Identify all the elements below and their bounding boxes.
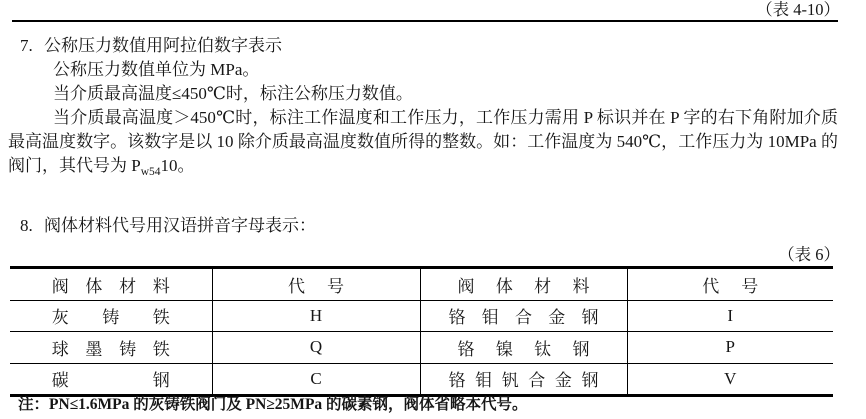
cell-material-right: 铬钼合金钢 — [420, 300, 627, 332]
table-row: 灰铸铁 H 铬钼合金钢 I — [10, 300, 833, 332]
section-7-line-unit: 公称压力数值单位为 MPa。 — [8, 58, 838, 82]
section-8-heading: 8.阀体材料代号用汉语拼音字母表示： — [8, 214, 838, 238]
section-8-title: 阀体材料代号用汉语拼音字母表示： — [44, 216, 316, 235]
table-ref-4-10: （表 4-10） — [756, 1, 840, 19]
header-material-left: 阀体材料 — [10, 268, 212, 301]
section-8-number: 8. — [20, 214, 38, 238]
paragraph-text-after-subscript: 10。 — [161, 156, 195, 175]
paragraph-text-before-subscript: 当介质最高温度＞450℃时，标注工作温度和工作压力，工作压力需用 P 标识并在 … — [8, 108, 838, 175]
cell-code-right: V — [627, 363, 833, 396]
header-code-left: 代号 — [212, 268, 420, 301]
cell-material-left: 灰铸铁 — [10, 300, 212, 332]
cell-code-left: Q — [212, 332, 420, 364]
cell-material-right: 铬镍钛钢 — [420, 332, 627, 364]
section-7-number: 7. — [20, 34, 38, 58]
cell-code-left: C — [212, 363, 420, 396]
section-8: 8.阀体材料代号用汉语拼音字母表示： — [8, 214, 838, 238]
valve-material-code-table: 阀体材料 代号 阀体材料 代号 灰铸铁 H 铬钼合金钢 I 球墨铸铁 Q 铬镍钛… — [10, 266, 833, 397]
section-7-title: 公称压力数值用阿拉伯数字表示 — [44, 36, 282, 55]
cell-material-left: 碳钢 — [10, 363, 212, 396]
table-footnote: 注：PN≤1.6MPa 的灰铸铁阀门及 PN≥25MPa 的碳素钢，阀体省略本代… — [18, 395, 848, 415]
pressure-code-subscript: w54 — [141, 166, 161, 178]
cell-material-right: 铬钼钒合金钢 — [420, 363, 627, 396]
section-7: 7.公称压力数值用阿拉伯数字表示 公称压力数值单位为 MPa。 当介质最高温度≤… — [8, 34, 838, 184]
document-page: （表 4-10） 7.公称压力数值用阿拉伯数字表示 公称压力数值单位为 MPa。… — [0, 0, 866, 419]
section-7-paragraph-over-450: 当介质最高温度＞450℃时，标注工作温度和工作压力，工作压力需用 P 标识并在 … — [8, 106, 838, 184]
cell-code-right: P — [627, 332, 833, 364]
section-7-heading: 7.公称压力数值用阿拉伯数字表示 — [8, 34, 838, 58]
section-7-line-under-450: 当介质最高温度≤450℃时，标注公称压力数值。 — [8, 82, 838, 106]
top-divider-rule — [12, 20, 838, 22]
cell-code-left: H — [212, 300, 420, 332]
table-row: 碳钢 C 铬钼钒合金钢 V — [10, 363, 833, 396]
table-ref-6: （表 6） — [778, 241, 840, 265]
table-row: 球墨铸铁 Q 铬镍钛钢 P — [10, 332, 833, 364]
header-material-right: 阀体材料 — [420, 268, 627, 301]
cell-code-right: I — [627, 300, 833, 332]
table-header-row: 阀体材料 代号 阀体材料 代号 — [10, 268, 833, 301]
header-code-right: 代号 — [627, 268, 833, 301]
cell-material-left: 球墨铸铁 — [10, 332, 212, 364]
